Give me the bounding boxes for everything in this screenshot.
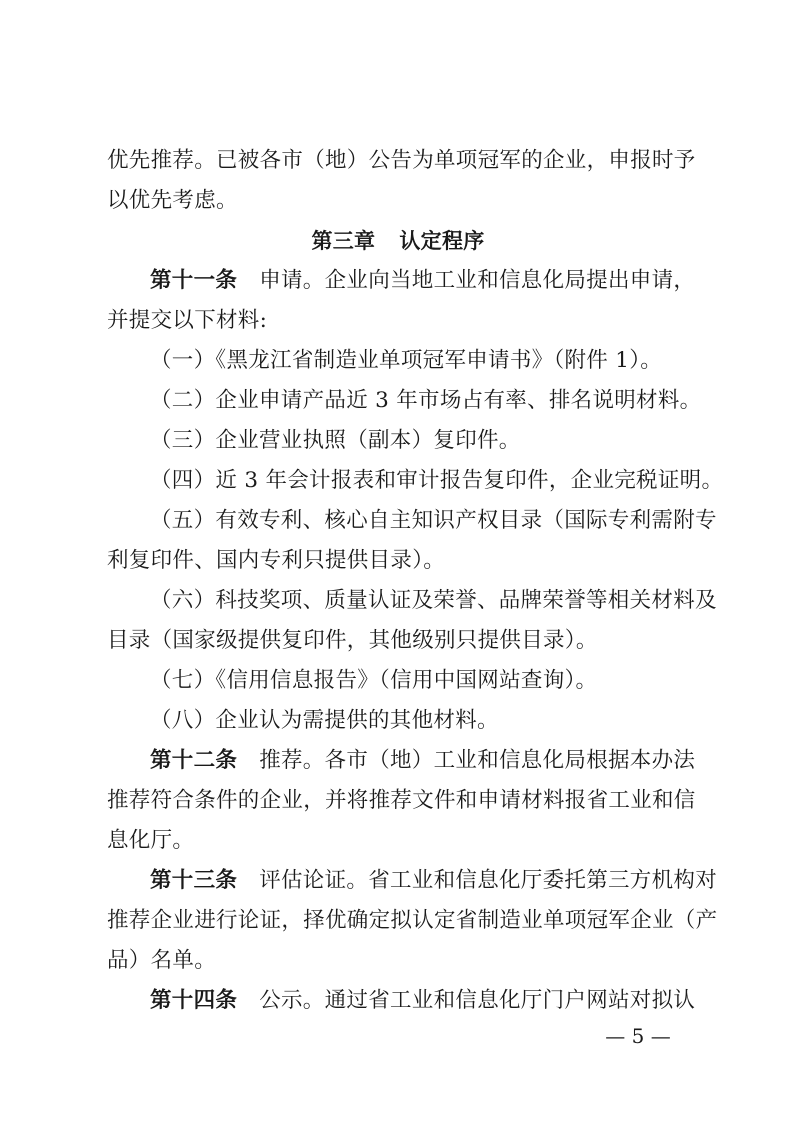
- paragraph-line: 并提交以下材料:: [107, 301, 689, 341]
- paragraph-line: 以优先考虑。: [107, 181, 689, 221]
- article-text: 公示。通过省工业和信息化厅门户网站对拟认: [259, 988, 695, 1013]
- article-13: 第十三条评估论证。省工业和信息化厅委托第三方机构对: [107, 861, 689, 901]
- list-item-1: （一）《黑龙江省制造业单项冠军申请书》（附件 1）。: [107, 341, 689, 381]
- paragraph-line: 优先推荐。已被各市（地）公告为单项冠军的企业，申报时予: [107, 141, 689, 181]
- list-item-5-cont: 利复印件、国内专利只提供目录）。: [107, 541, 689, 581]
- list-item-4: （四）近 3 年会计报表和审计报告复印件，企业完税证明。: [107, 461, 689, 501]
- article-label: 第十三条: [150, 868, 237, 893]
- article-text: 申请。企业向当地工业和信息化局提出申请，: [259, 268, 695, 293]
- chapter-number: 第三章: [311, 229, 375, 253]
- article-11: 第十一条申请。企业向当地工业和信息化局提出申请，: [107, 261, 689, 301]
- article-label: 第十四条: [150, 988, 237, 1013]
- list-item-7: （七）《信用信息报告》（信用中国网站查询）。: [107, 661, 689, 701]
- paragraph-line: 推荐企业进行论证，择优确定拟认定省制造业单项冠军企业（产: [107, 901, 689, 941]
- chapter-title: 认定程序: [399, 229, 484, 253]
- list-item-8: （八）企业认为需提供的其他材料。: [107, 701, 689, 741]
- article-text: 推荐。各市（地）工业和信息化局根据本办法: [259, 748, 695, 773]
- article-label: 第十一条: [150, 268, 237, 293]
- list-item-2: （二）企业申请产品近 3 年市场占有率、排名说明材料。: [107, 381, 689, 421]
- chapter-heading: 第三章认定程序: [107, 221, 689, 261]
- list-item-6: （六）科技奖项、质量认证及荣誉、品牌荣誉等相关材料及: [107, 581, 689, 621]
- list-item-6-cont: 目录（国家级提供复印件，其他级别只提供目录）。: [107, 621, 689, 661]
- article-12: 第十二条推荐。各市（地）工业和信息化局根据本办法: [107, 741, 689, 781]
- article-14: 第十四条公示。通过省工业和信息化厅门户网站对拟认: [107, 981, 689, 1021]
- list-item-5: （五）有效专利、核心自主知识产权目录（国际专利需附专: [107, 501, 689, 541]
- paragraph-line: 推荐符合条件的企业，并将推荐文件和申请材料报省工业和信: [107, 781, 689, 821]
- document-body: 优先推荐。已被各市（地）公告为单项冠军的企业，申报时予 以优先考虑。 第三章认定…: [107, 141, 689, 1021]
- article-label: 第十二条: [150, 748, 237, 773]
- page-number: — 5 —: [600, 1022, 676, 1050]
- paragraph-line: 息化厅。: [107, 821, 689, 861]
- list-item-3: （三）企业营业执照（副本）复印件。: [107, 421, 689, 461]
- article-text: 评估论证。省工业和信息化厅委托第三方机构对: [259, 868, 717, 893]
- paragraph-line: 品）名单。: [107, 941, 689, 981]
